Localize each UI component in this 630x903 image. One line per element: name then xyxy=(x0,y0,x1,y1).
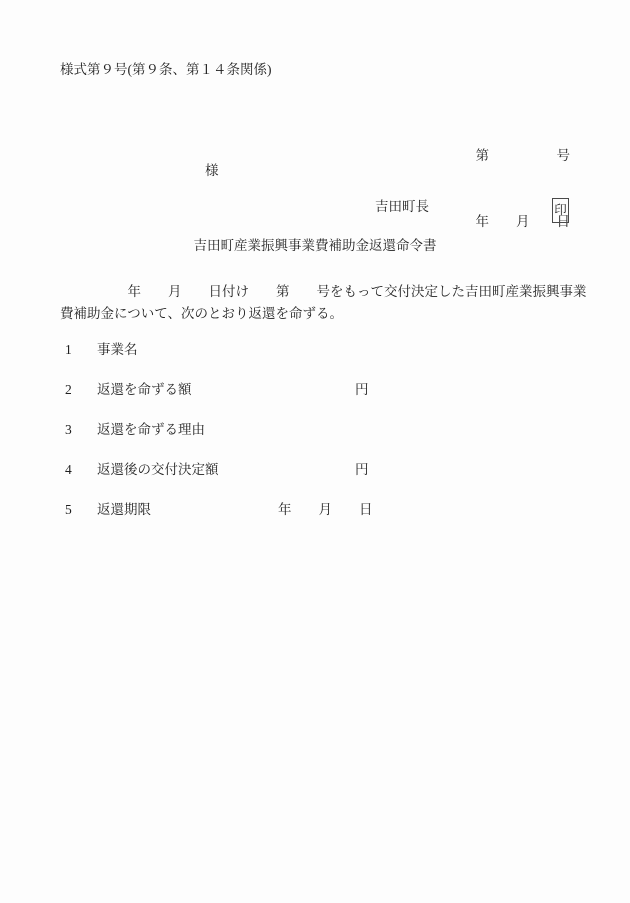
item-unit-yen: 円 xyxy=(355,463,369,477)
doc-number-line: 第 号 xyxy=(476,145,571,167)
item-number: 4 xyxy=(65,463,72,477)
item-row-return-deadline: 5 返還期限 年 月 日 xyxy=(60,503,585,519)
item-row-business-name: 1 事業名 xyxy=(60,343,585,359)
item-label: 返還期限 xyxy=(97,503,151,517)
item-date-placeholder: 年 月 日 xyxy=(278,503,373,517)
item-number: 3 xyxy=(65,423,72,437)
body-paragraph: 年 月 日付け 第 号をもって交付決定した吉田町産業振興事業費補助金について、次… xyxy=(60,281,589,325)
seal-mark: 印 xyxy=(554,204,567,217)
item-label: 返還を命ずる理由 xyxy=(97,423,205,437)
addressee-honorific: 様 xyxy=(205,164,219,178)
item-row-return-amount: 2 返還を命ずる額 円 xyxy=(60,383,585,399)
document-title: 吉田町産業振興事業費補助金返還命令書 xyxy=(0,239,630,253)
seal-box: 印 xyxy=(552,198,569,223)
item-label: 事業名 xyxy=(97,343,138,357)
item-number: 1 xyxy=(65,343,72,357)
item-number: 2 xyxy=(65,383,72,397)
item-label: 返還を命ずる額 xyxy=(97,383,192,397)
item-unit-yen: 円 xyxy=(355,383,369,397)
item-number: 5 xyxy=(65,503,72,517)
item-label: 返還後の交付決定額 xyxy=(97,463,219,477)
form-style-number: 様式第９号(第９条、第１４条関係) xyxy=(60,63,272,77)
document-page: 様式第９号(第９条、第１４条関係) 第 号 年 月 日 様 吉田町長 印 吉田町… xyxy=(0,0,630,903)
item-row-return-reason: 3 返還を命ずる理由 xyxy=(60,423,585,439)
issuer-title: 吉田町長 xyxy=(375,200,429,214)
item-row-post-return-grant-amount: 4 返還後の交付決定額 円 xyxy=(60,463,585,479)
